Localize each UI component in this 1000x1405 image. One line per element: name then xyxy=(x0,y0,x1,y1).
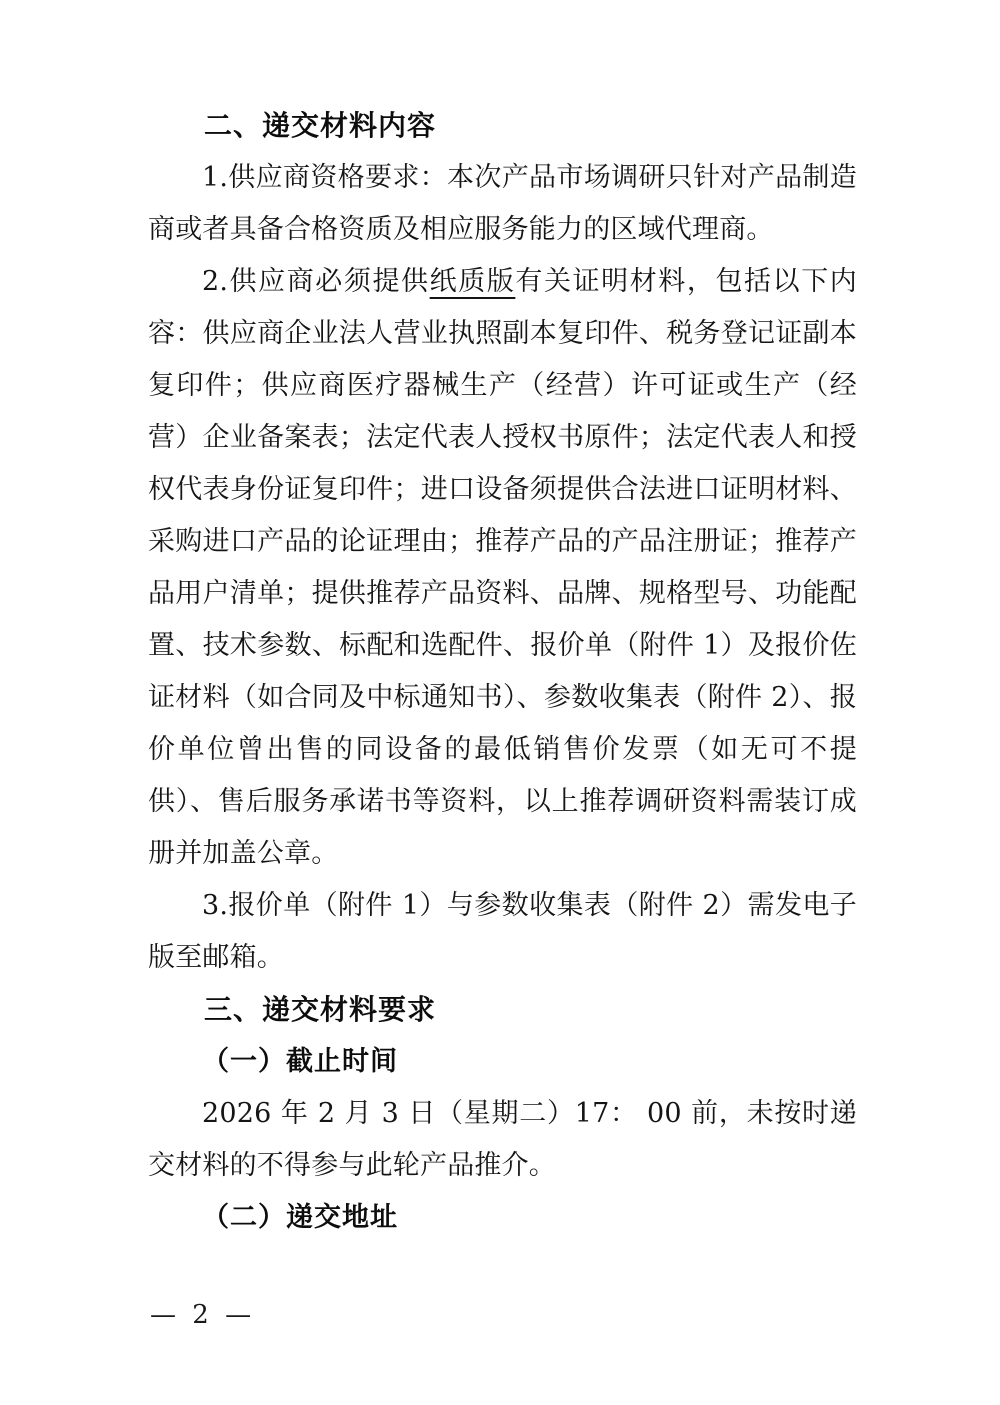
document-page: 二、递交材料内容1.供应商资格要求：本次产品市场调研只针对产品制造商或者具备合格… xyxy=(0,0,1000,1405)
text-segment: 1.供应商资格要求：本次产品市场调研只针对产品制造商或者具备合格资质及相应服务能… xyxy=(148,162,857,245)
text-segment: 3.报价单（附件 1）与参数收集表（附件 2）需发电子版至邮箱。 xyxy=(148,890,857,973)
text-segment: 2026 年 2 月 3 日（星期二）17： 00 前，未按时递交材料的不得参与… xyxy=(148,1098,857,1181)
para-electronic-version: 3.报价单（附件 1）与参数收集表（附件 2）需发电子版至邮箱。 xyxy=(148,880,857,984)
page-number: — 2 — xyxy=(150,1300,255,1330)
para-required-documents: 2.供应商必须提供纸质版有关证明材料，包括以下内容：供应商企业法人营业执照副本复… xyxy=(148,256,857,880)
text-segment: 有关证明材料，包括以下内容：供应商企业法人营业执照副本复印件、税务登记证副本复印… xyxy=(148,266,857,869)
section-2-heading: 二、递交材料内容 xyxy=(148,100,857,152)
subsection-address-heading: （二）递交地址 xyxy=(148,1192,857,1244)
underlined-text: 纸质版 xyxy=(430,266,516,297)
document-content: 二、递交材料内容1.供应商资格要求：本次产品市场调研只针对产品制造商或者具备合格… xyxy=(148,100,857,1244)
section-3-heading: 三、递交材料要求 xyxy=(148,984,857,1036)
para-supplier-qualification: 1.供应商资格要求：本次产品市场调研只针对产品制造商或者具备合格资质及相应服务能… xyxy=(148,152,857,256)
subsection-deadline-heading: （一）截止时间 xyxy=(148,1036,857,1088)
text-segment: 2.供应商必须提供 xyxy=(202,266,430,297)
para-deadline: 2026 年 2 月 3 日（星期二）17： 00 前，未按时递交材料的不得参与… xyxy=(148,1088,857,1192)
